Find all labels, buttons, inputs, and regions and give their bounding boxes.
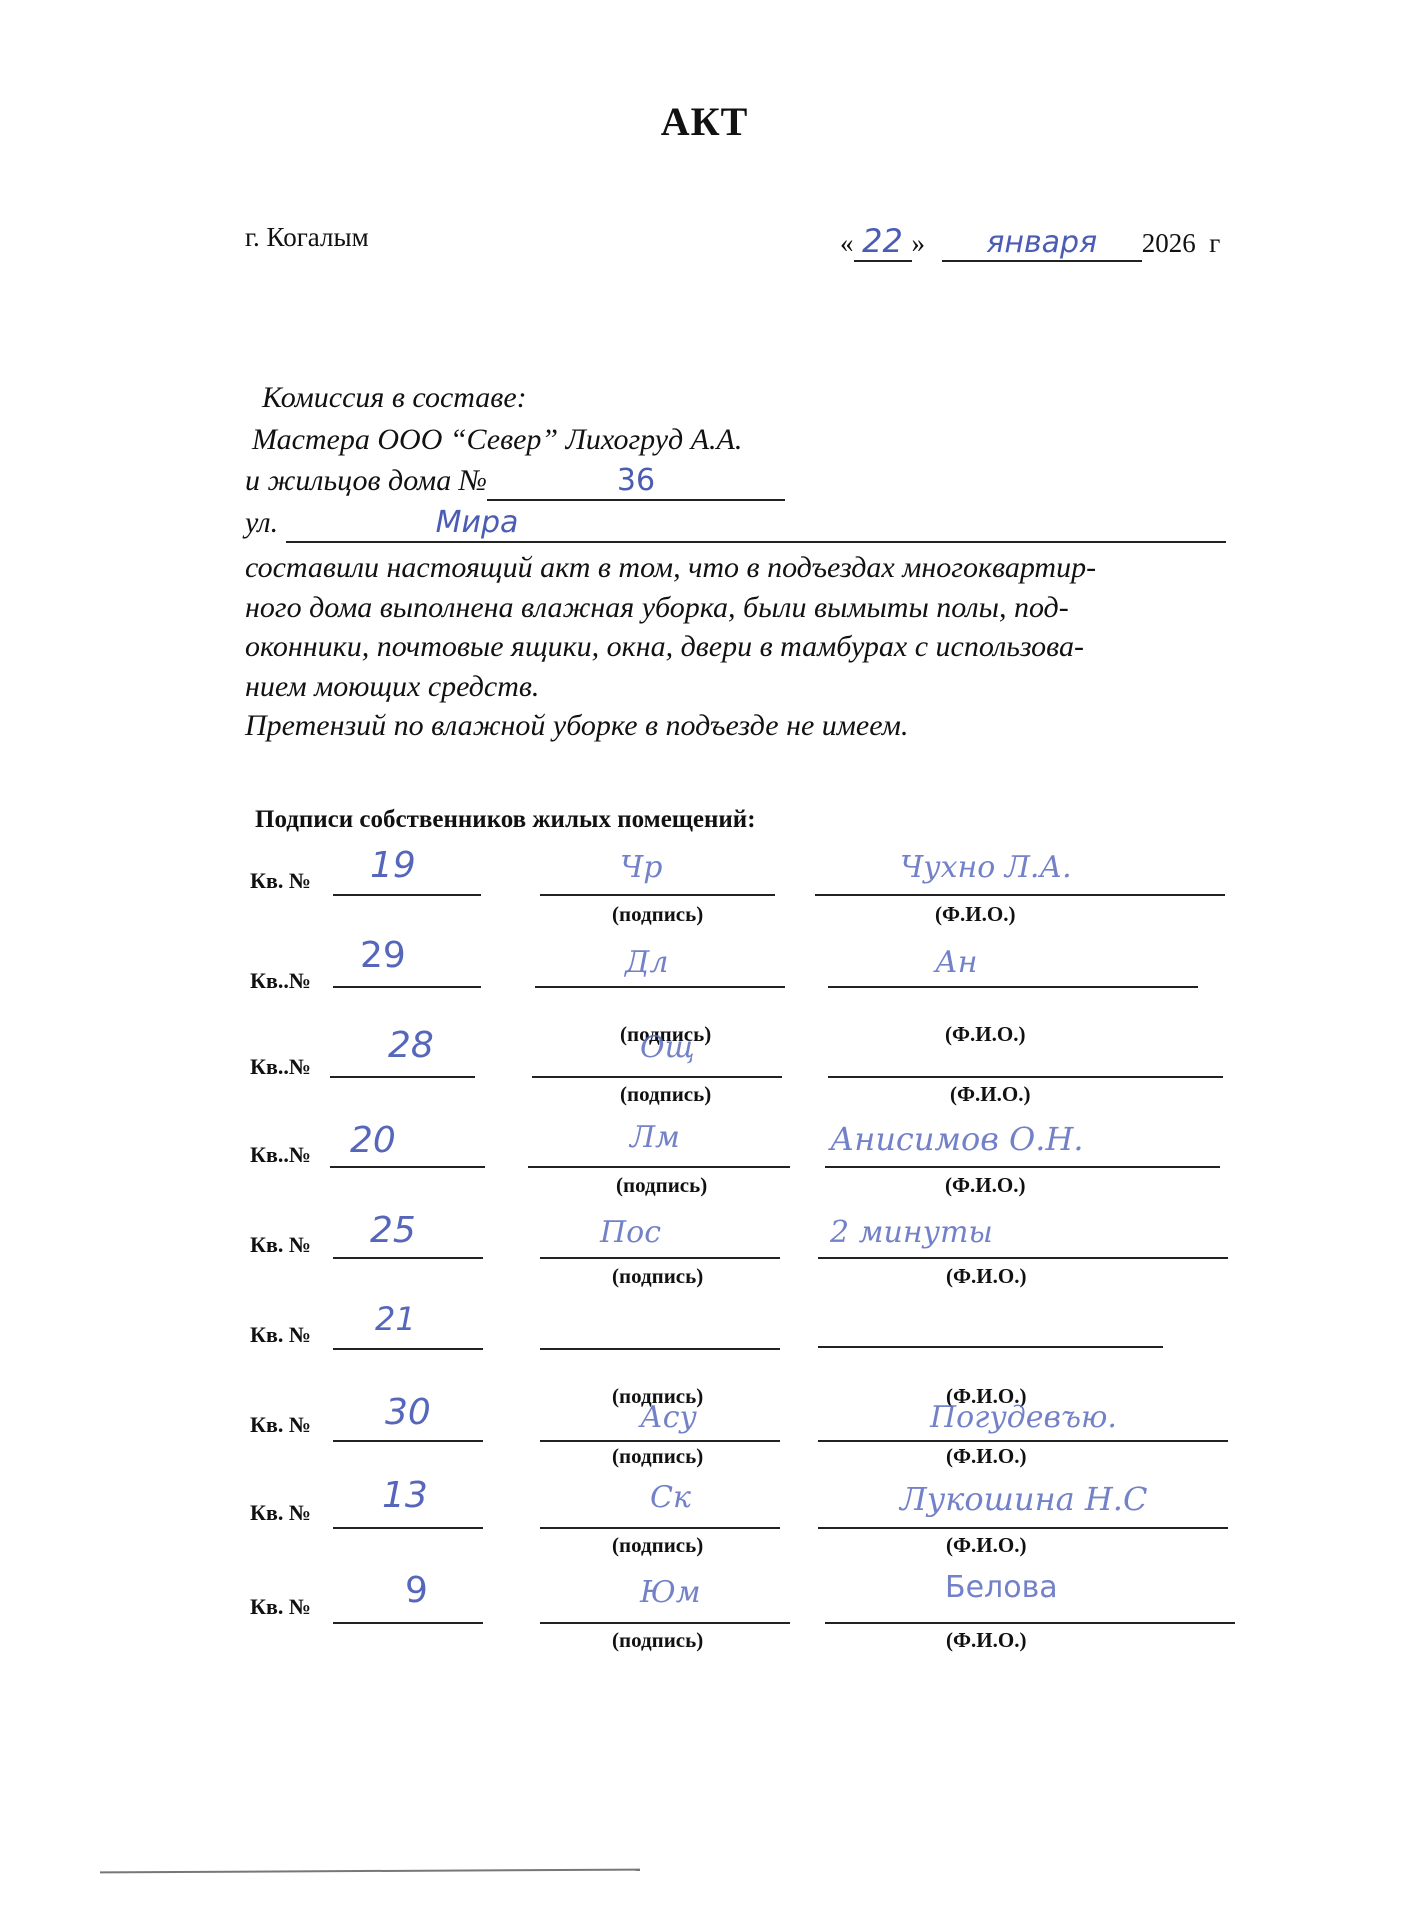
fio-line (828, 986, 1198, 988)
signature-line (540, 1348, 780, 1350)
signature-line (540, 1257, 780, 1259)
fio-line (825, 1622, 1235, 1624)
apt-line (333, 986, 481, 988)
signature: Чр (620, 850, 662, 885)
caption-fio: (Ф.И.О.) (946, 1628, 1026, 1653)
fio: Ан (935, 945, 977, 980)
apt-number: 13 (382, 1475, 428, 1516)
signature-line (540, 894, 775, 896)
apt-line (330, 1166, 485, 1168)
signature-line (528, 1166, 790, 1168)
row-label: Кв. № (250, 1500, 311, 1526)
apt-number: 20 (350, 1120, 396, 1161)
row-label: Кв..№ (250, 968, 311, 994)
fio: Чухно Л.А. (900, 850, 1072, 885)
body-line: составили настоящий акт в том, что в под… (245, 548, 1255, 588)
row-label: Кв. № (250, 1412, 311, 1438)
scan-artifact-line (100, 1869, 640, 1874)
caption-signature: (подпись) (616, 1173, 707, 1198)
caption-signature: (подпись) (620, 1082, 711, 1107)
caption-fio: (Ф.И.О.) (950, 1082, 1030, 1107)
document-title: АКТ (0, 98, 1409, 145)
caption-signature: (подпись) (612, 902, 703, 927)
apt-number: 30 (385, 1392, 431, 1433)
apt-line (333, 1348, 483, 1350)
caption-signature: (подпись) (612, 1444, 703, 1469)
street-value-text: Мира (436, 505, 519, 540)
apt-line (333, 1622, 483, 1624)
fio-line (825, 1166, 1220, 1168)
signature: Дл (625, 945, 669, 980)
signature-line (540, 1440, 780, 1442)
caption-signature: (подпись) (612, 1533, 703, 1558)
caption-fio: (Ф.И.О.) (946, 1444, 1026, 1469)
apt-line (330, 1076, 475, 1078)
signatures-heading: Подписи собственников жилых помещений: (255, 806, 756, 834)
body-line: Претензий по влажной уборке в подъезде н… (245, 706, 1255, 746)
fio-line (815, 894, 1225, 896)
row-label: Кв..№ (250, 1142, 311, 1168)
fio: Белова (945, 1570, 1058, 1605)
caption-fio: (Ф.И.О.) (945, 1173, 1025, 1198)
row-label: Кв. № (250, 1594, 311, 1620)
date-close-quote: » (912, 228, 926, 258)
act-body: составили настоящий акт в том, что в под… (245, 548, 1255, 746)
signature: Асу (640, 1400, 697, 1435)
commission-line2: Мастера ООО “Север” Лихогруд А.А. (252, 422, 742, 458)
signature-line (532, 1076, 782, 1078)
row-label: Кв. № (250, 1322, 311, 1348)
fio: Анисимов О.Н. (830, 1120, 1084, 1158)
apt-number: 28 (388, 1025, 434, 1066)
caption-signature: (подпись) (612, 1628, 703, 1653)
fio-line (818, 1257, 1228, 1259)
body-line: оконники, почтовые ящики, окна, двери в … (245, 627, 1255, 667)
signature: Лм (630, 1120, 680, 1155)
date: «22» января2026 г (840, 222, 1220, 262)
street-value: Мира (286, 505, 1226, 543)
signature-line (540, 1622, 790, 1624)
apt-line (333, 1440, 483, 1442)
house-number: 36 (487, 463, 785, 501)
date-month: января (942, 225, 1142, 262)
signature-line (540, 1527, 780, 1529)
commission-line1: Комиссия в составе: (262, 380, 527, 416)
date-year: 2026 (1142, 228, 1196, 258)
fio: 2 минуты (830, 1215, 993, 1250)
caption-fio: (Ф.И.О.) (945, 1022, 1025, 1047)
row-label: Кв. № (250, 868, 311, 894)
fio-line (818, 1440, 1228, 1442)
date-day: 22 (854, 222, 912, 262)
row-label: Кв. № (250, 1232, 311, 1258)
apt-number: 9 (405, 1570, 428, 1611)
signature: Юм (640, 1575, 701, 1610)
body-line: ного дома выполнена влажная уборка, были… (245, 588, 1255, 628)
fio-line (818, 1346, 1163, 1348)
fio: Погудевъю. (930, 1400, 1117, 1435)
house-row: и жильцов дома №36 (245, 463, 785, 501)
signature: Пос (600, 1215, 661, 1250)
caption-signature: (подпись) (612, 1264, 703, 1289)
signature: Ск (650, 1480, 691, 1515)
apt-line (333, 1527, 483, 1529)
date-year-suffix: г (1209, 228, 1220, 258)
caption-fio: (Ф.И.О.) (935, 902, 1015, 927)
signature: Ощ (640, 1030, 695, 1065)
house-label: и жильцов дома № (245, 464, 487, 497)
signature-line (535, 986, 785, 988)
street-label: ул. (245, 506, 278, 539)
caption-fio: (Ф.И.О.) (946, 1264, 1026, 1289)
apt-number: 29 (360, 935, 406, 976)
apt-line (333, 1257, 483, 1259)
date-open-quote: « (840, 228, 854, 258)
apt-line (333, 894, 481, 896)
row-label: Кв..№ (250, 1054, 311, 1080)
caption-fio: (Ф.И.О.) (946, 1533, 1026, 1558)
city: г. Когалым (245, 222, 369, 253)
apt-number: 19 (370, 845, 416, 886)
body-line: нием моющих средств. (245, 667, 1255, 707)
street-row: ул. Мира (245, 505, 1226, 543)
apt-number: 25 (370, 1210, 416, 1251)
fio-line (818, 1527, 1228, 1529)
apt-number: 21 (375, 1300, 416, 1338)
fio: Лукошина Н.С (900, 1480, 1147, 1518)
fio-line (828, 1076, 1223, 1078)
